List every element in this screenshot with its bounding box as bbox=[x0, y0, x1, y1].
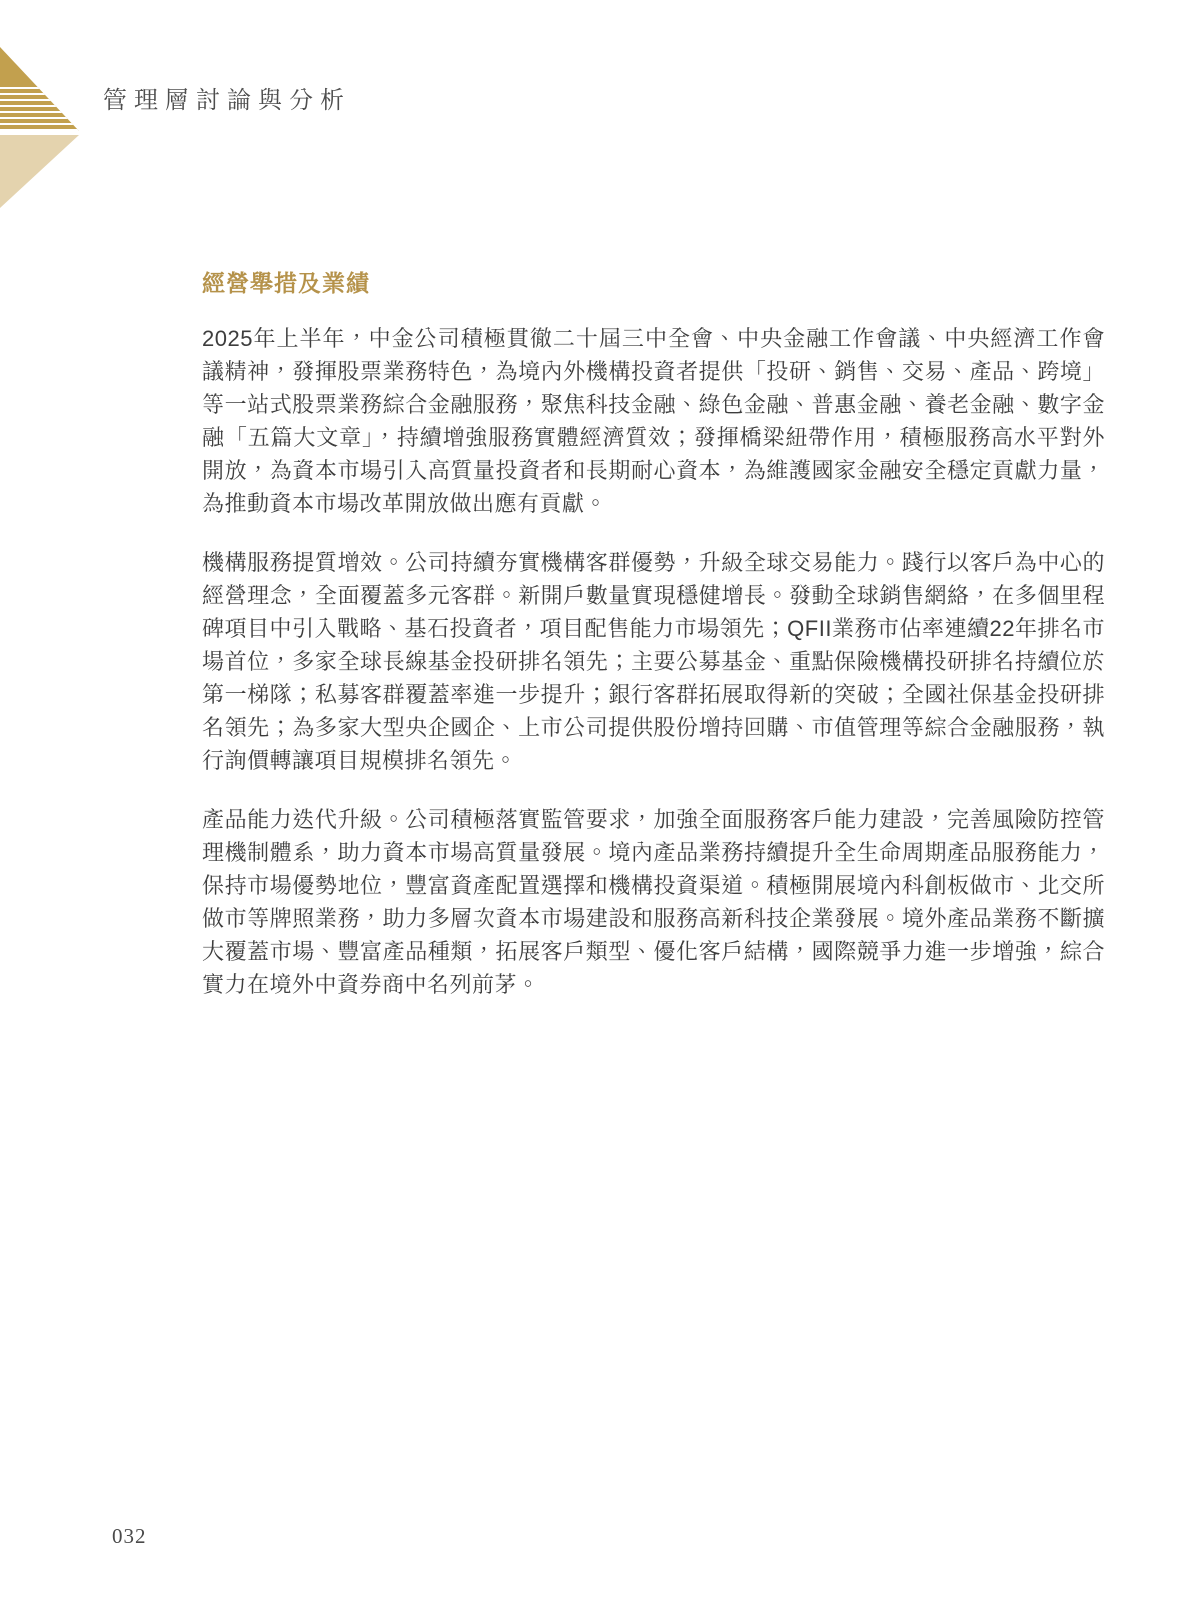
body-paragraph-2: 機構服務提質增效。公司持續夯實機構客群優勢，升級全球交易能力。踐行以客戶為中心的… bbox=[202, 546, 1105, 777]
triangle-dark-half bbox=[0, 47, 79, 131]
report-page: 管理層討論與分析 經營舉措及業績 2025年上半年，中金公司積極貫徹二十屆三中全… bbox=[0, 0, 1190, 1615]
triangle-light-half bbox=[0, 135, 79, 208]
chapter-title: 管理層討論與分析 bbox=[103, 80, 351, 115]
body-paragraph-3: 產品能力迭代升級。公司積極落實監管要求，加強全面服務客戶能力建設，完善風險防控管… bbox=[202, 803, 1105, 1001]
page-number: 032 bbox=[112, 1524, 147, 1549]
content-block: 經營舉措及業績 2025年上半年，中金公司積極貫徹二十屆三中全會、中央金融工作會… bbox=[202, 268, 1105, 1027]
triangle-stripes bbox=[0, 83, 79, 131]
section-heading: 經營舉措及業績 bbox=[202, 268, 1105, 298]
corner-triangle-decoration-icon bbox=[0, 47, 80, 208]
body-paragraph-1: 2025年上半年，中金公司積極貫徹二十屆三中全會、中央金融工作會議、中央經濟工作… bbox=[202, 322, 1105, 520]
